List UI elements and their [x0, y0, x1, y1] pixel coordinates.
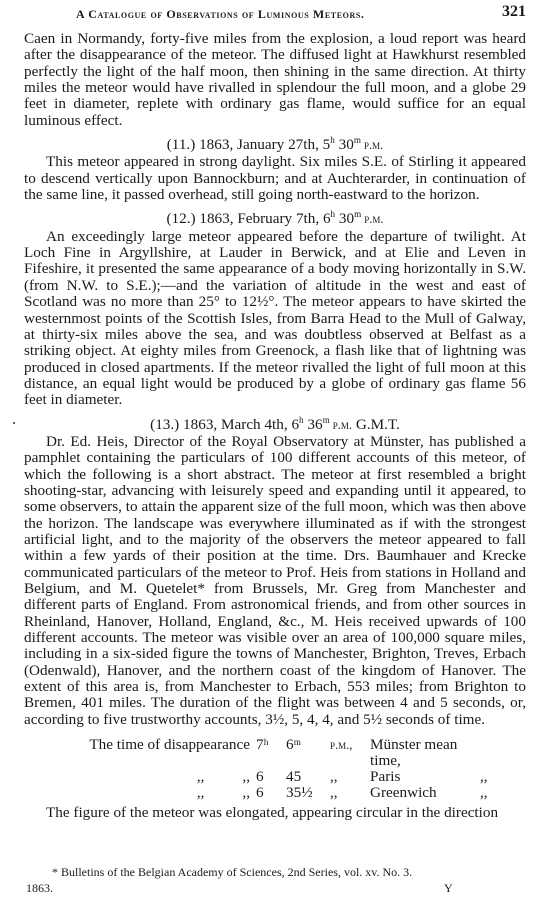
- entry-minutes: 30: [335, 136, 354, 153]
- entry-heading-11: (11.) 1863, January 27th, 5h 30m p.m.: [24, 137, 526, 153]
- minute-unit: m: [323, 415, 330, 425]
- times-row: The time of disappearance 7ʰ 6ᵐ p.m., Mü…: [24, 737, 526, 769]
- row-label: The time of disappearance: [24, 737, 256, 769]
- entry-number: (13.): [150, 416, 179, 433]
- row-hours: 6: [256, 769, 286, 785]
- entry-minutes: 30: [335, 210, 354, 227]
- row-place: Greenwich: [370, 785, 480, 801]
- entry-date: 1863, March 4th, 6: [183, 416, 299, 433]
- running-head: A Catalogue of Observations of Luminous …: [24, 3, 526, 23]
- signature-year: 1863.: [26, 881, 53, 896]
- row-hours: 7ʰ: [256, 737, 286, 769]
- row-minutes: 6ᵐ: [286, 737, 330, 769]
- times-row: ,, ,, 6 45 ,, Paris ,,: [24, 769, 526, 785]
- page-number: 321: [502, 3, 526, 21]
- entry-date: 1863, January 27th, 5: [199, 136, 330, 153]
- row-place: Paris: [370, 769, 480, 785]
- entry-number: (11.): [167, 136, 196, 153]
- times-row: ,, ,, 6 35½ ,, Greenwich ,,: [24, 785, 526, 801]
- row-minutes: 45: [286, 769, 330, 785]
- entry-ampm: p.m.: [361, 138, 383, 152]
- disappearance-times-table: The time of disappearance 7ʰ 6ᵐ p.m., Mü…: [24, 737, 526, 801]
- row-hours: 6: [256, 785, 286, 801]
- entry-heading-12: (12.) 1863, February 7th, 6h 30m p.m.: [24, 211, 526, 227]
- entry-date: 1863, February 7th, 6: [199, 210, 330, 227]
- signature-mark: Y: [444, 881, 453, 896]
- row-ampm: p.m.,: [330, 737, 370, 769]
- row-ampm: ,,: [330, 785, 370, 801]
- row-label: ,, ,,: [24, 769, 256, 785]
- entry-number: (12.): [166, 210, 195, 227]
- minute-unit: m: [354, 135, 361, 145]
- entry-heading-13: (13.) 1863, March 4th, 6h 36m p.m. G.M.T…: [24, 417, 526, 433]
- row-label: ,, ,,: [24, 785, 256, 801]
- entry-minutes: 36: [304, 416, 323, 433]
- entry-ampm: p.m.: [361, 212, 383, 226]
- row-ditto: ,,: [480, 785, 488, 801]
- running-title: A Catalogue of Observations of Luminous …: [76, 7, 365, 22]
- continued-paragraph: Caen in Normandy, forty-five miles from …: [24, 31, 526, 129]
- entry-text-11: This meteor appeared in strong daylight.…: [24, 154, 526, 203]
- row-minutes: 35½: [286, 785, 330, 801]
- entry-timezone: G.M.T.: [352, 416, 400, 433]
- page-body: Caen in Normandy, forty-five miles from …: [24, 31, 526, 821]
- entry-ampm: p.m.: [330, 418, 352, 432]
- footnote: * Bulletins of the Belgian Academy of Sc…: [52, 865, 412, 880]
- row-ampm: ,,: [330, 769, 370, 785]
- entry-text-13: Dr. Ed. Heis, Director of the Royal Obse…: [24, 434, 526, 728]
- entry-text-12: An exceedingly large meteor appeared bef…: [24, 229, 526, 409]
- row-ditto: ,,: [480, 769, 488, 785]
- closing-paragraph: The figure of the meteor was elongated, …: [24, 805, 526, 821]
- margin-mark: [13, 422, 15, 424]
- row-place: Münster mean time,: [370, 737, 480, 769]
